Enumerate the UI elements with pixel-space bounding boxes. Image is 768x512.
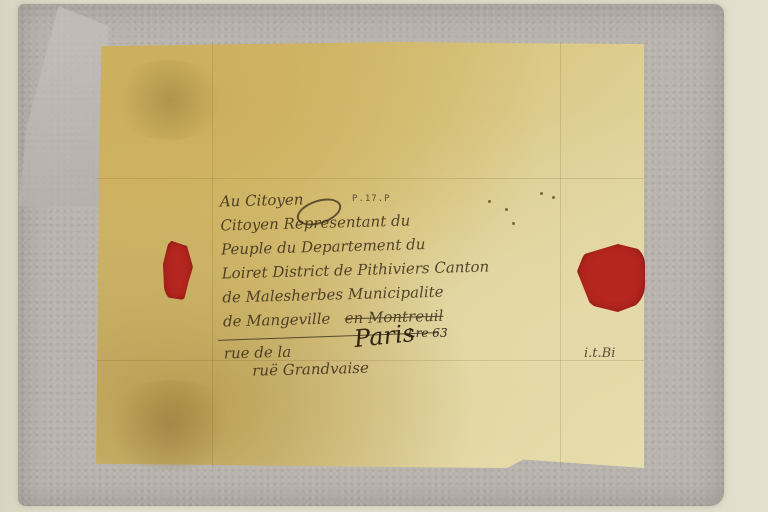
ink-speck bbox=[552, 196, 555, 199]
corner-mark: i.t.Bi bbox=[584, 346, 615, 361]
ink-speck bbox=[505, 208, 508, 211]
address-block: Au Citoyen Citoyen Representant du Peupl… bbox=[220, 183, 493, 384]
fold-line bbox=[96, 178, 644, 179]
water-stain bbox=[100, 380, 240, 470]
postage-mark: l.re 63 bbox=[408, 326, 448, 340]
address-town: de Mangeville bbox=[223, 310, 331, 331]
fold-line bbox=[560, 42, 561, 468]
ink-speck bbox=[540, 192, 543, 195]
ink-speck bbox=[488, 200, 491, 203]
ink-speck bbox=[512, 222, 515, 225]
water-stain bbox=[110, 60, 230, 140]
